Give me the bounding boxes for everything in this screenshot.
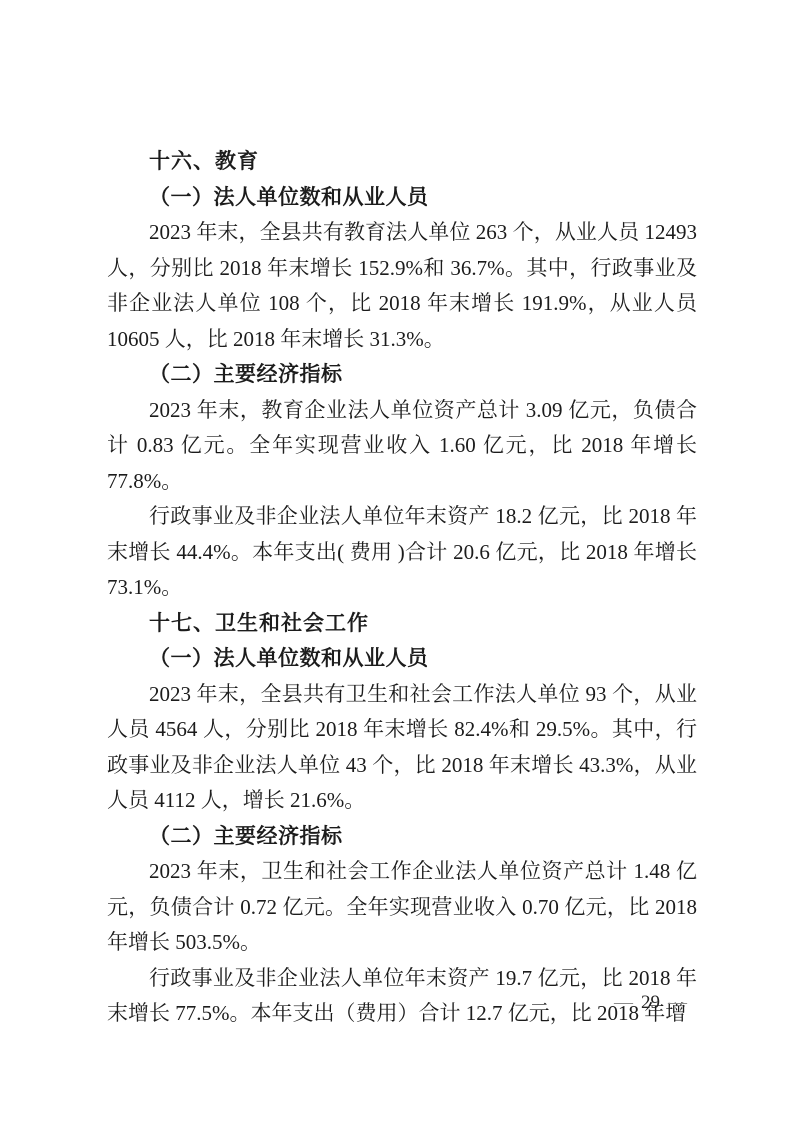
page-number: —29— (614, 991, 687, 1015)
paragraph-health-enterprise-assets: 2023 年末，卫生和社会工作企业法人单位资产总计 1.48 亿元，负债合计 0… (107, 854, 697, 961)
page-number-right-dash: — (668, 992, 687, 1013)
page-content: 十六、教育 （一）法人单位数和从业人员 2023 年末，全县共有教育法人单位 2… (107, 0, 697, 1032)
section-heading-health-social-work: 十七、卫生和社会工作 (107, 606, 697, 642)
subsection-heading-health-economic-indicators: （二）主要经济指标 (107, 819, 697, 855)
document-page: 十六、教育 （一）法人单位数和从业人员 2023 年末，全县共有教育法人单位 2… (0, 0, 793, 1122)
paragraph-education-units-employees: 2023 年末，全县共有教育法人单位 263 个，从业人员 12493 人，分别… (107, 215, 697, 357)
page-number-left-dash: — (614, 992, 633, 1013)
section-heading-education: 十六、教育 (107, 144, 697, 180)
paragraph-education-enterprise-assets: 2023 年末，教育企业法人单位资产总计 3.09 亿元，负债合计 0.83 亿… (107, 393, 697, 500)
subsection-heading-education-units-employees: （一）法人单位数和从业人员 (107, 180, 697, 216)
subsection-heading-health-units-employees: （一）法人单位数和从业人员 (107, 641, 697, 677)
subsection-heading-education-economic-indicators: （二）主要经济指标 (107, 357, 697, 393)
page-number-value: 29 (633, 992, 668, 1013)
paragraph-health-units-employees: 2023 年末，全县共有卫生和社会工作法人单位 93 个，从业人员 4564 人… (107, 677, 697, 819)
paragraph-education-admin-assets: 行政事业及非企业法人单位年末资产 18.2 亿元，比 2018 年末增长 44.… (107, 499, 697, 606)
paragraph-health-admin-assets: 行政事业及非企业法人单位年末资产 19.7 亿元，比 2018 年末增长 77.… (107, 961, 697, 1032)
